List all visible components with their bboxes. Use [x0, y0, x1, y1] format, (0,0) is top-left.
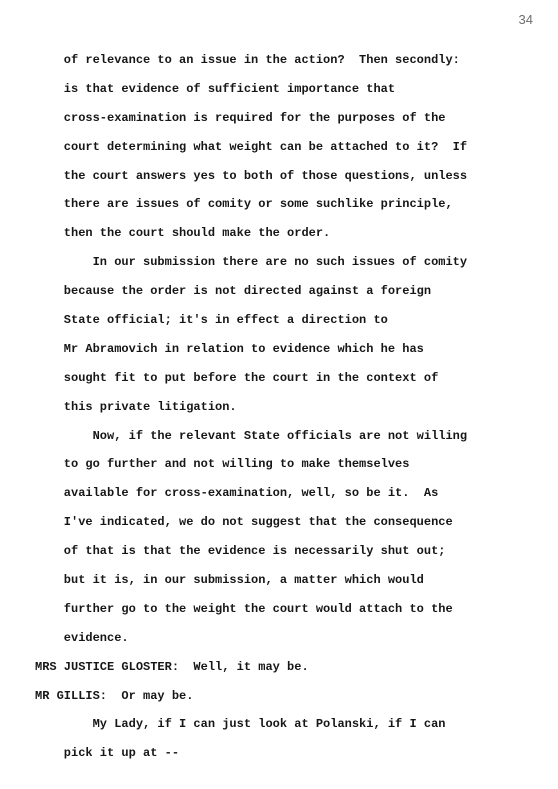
transcript-line: to go further and not willing to make th… — [35, 450, 552, 479]
transcript-line: State official; it's in effect a directi… — [35, 306, 552, 335]
transcript-page: 34 of relevance to an issue in the actio… — [0, 0, 558, 789]
transcript-line: evidence. — [35, 624, 552, 653]
transcript-line: this private litigation. — [35, 393, 552, 422]
transcript-line: the court answers yes to both of those q… — [35, 162, 552, 191]
transcript-line: court determining what weight can be att… — [35, 133, 552, 162]
transcript-line: of relevance to an issue in the action? … — [35, 46, 552, 75]
transcript-line: because the order is not directed agains… — [35, 277, 552, 306]
transcript-line: MRS JUSTICE GLOSTER: Well, it may be. — [35, 653, 552, 682]
transcript-line: there are issues of comity or some suchl… — [35, 190, 552, 219]
transcript-line: available for cross-examination, well, s… — [35, 479, 552, 508]
transcript-line: but it is, in our submission, a matter w… — [35, 566, 552, 595]
page-number: 34 — [519, 12, 533, 27]
transcript-line: pick it up at -- — [35, 739, 552, 768]
transcript-line: is that evidence of sufficient importanc… — [35, 75, 552, 104]
transcript-line: cross-examination is required for the pu… — [35, 104, 552, 133]
transcript-line: sought fit to put before the court in th… — [35, 364, 552, 393]
transcript-line: of that is that the evidence is necessar… — [35, 537, 552, 566]
transcript-line: further go to the weight the court would… — [35, 595, 552, 624]
transcript-line: In our submission there are no such issu… — [35, 248, 552, 277]
transcript-line: Now, if the relevant State officials are… — [35, 422, 552, 451]
transcript-line: I've indicated, we do not suggest that t… — [35, 508, 552, 537]
transcript-line: then the court should make the order. — [35, 219, 552, 248]
transcript-line: Mr Abramovich in relation to evidence wh… — [35, 335, 552, 364]
transcript-line: My Lady, if I can just look at Polanski,… — [35, 710, 552, 739]
transcript-line: MR GILLIS: Or may be. — [35, 682, 552, 711]
transcript-body: of relevance to an issue in the action? … — [35, 46, 552, 768]
